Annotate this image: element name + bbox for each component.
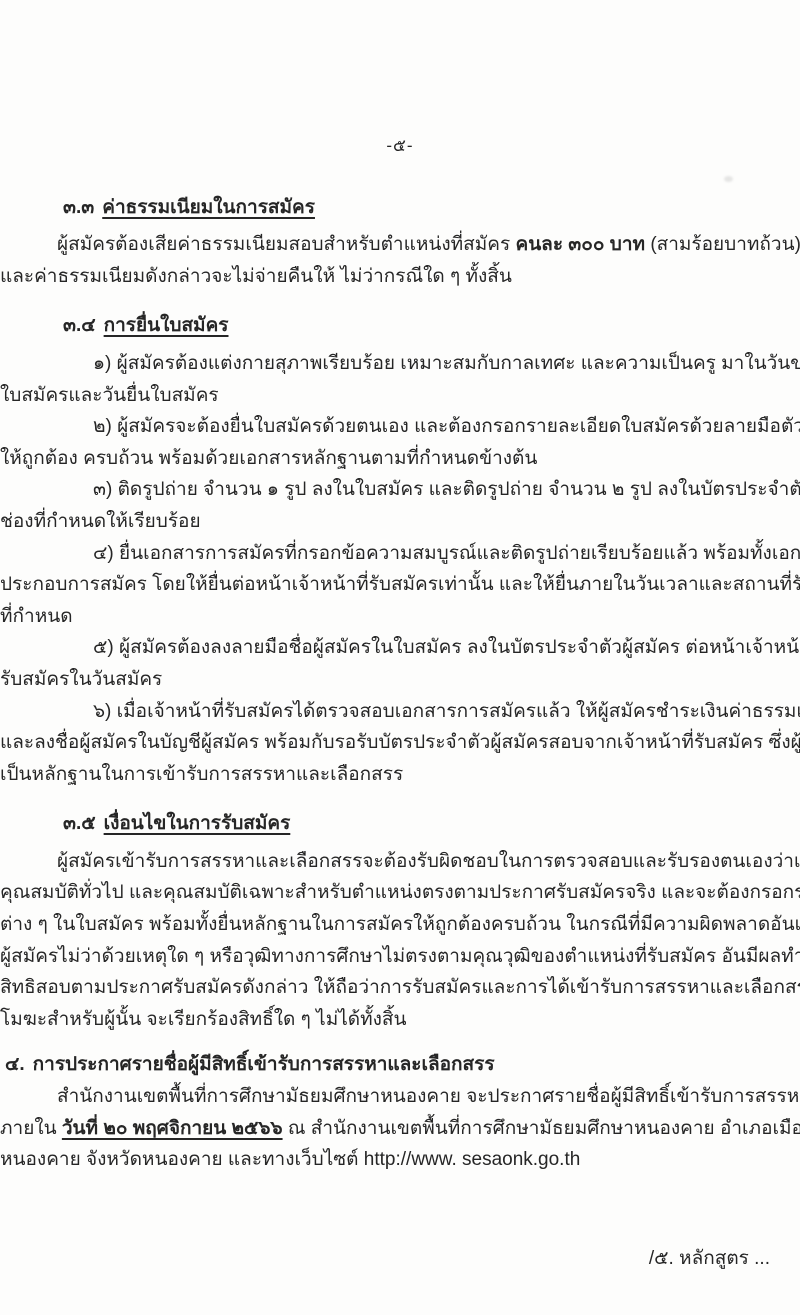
section-3-4-heading: ๓.๔การยื่นใบสมัคร (63, 310, 800, 342)
section-3-4-title: การยื่นใบสมัคร (104, 315, 229, 336)
fee-paragraph-line-2: และค่าธรรมเนียมดังกล่าวจะไม่จ่ายคืนให้ ไ… (0, 261, 800, 293)
page-continuation-note: /๕. หลักสูตร ... (649, 1243, 770, 1275)
conditions-line-3: ต่าง ๆ ในใบสมัคร พร้อมทั้งยื่นหลักฐานในก… (0, 909, 800, 941)
fee-text-pre: ผู้สมัครต้องเสียค่าธรรมเนียมสอบสำหรับตำแ… (57, 234, 510, 255)
fee-paragraph-line-1: ผู้สมัครต้องเสียค่าธรรมเนียมสอบสำหรับตำแ… (57, 229, 800, 261)
page-number: -๕- (0, 130, 800, 162)
section-3-5-heading: ๓.๕เงื่อนไขในการรับสมัคร (63, 808, 800, 840)
conditions-line-1: ผู้สมัครเข้ารับการสรรหาและเลือกสรรจะต้อง… (57, 846, 800, 878)
announcement-pre: ภายใน (0, 1118, 57, 1139)
section-4-heading: ๔.การประกาศรายชื่อผู้มีสิทธิ์เข้ารับการส… (5, 1049, 800, 1081)
section-3-3-number: ๓.๓ (63, 197, 94, 218)
item-6-line-2: และลงชื่อผู้สมัครในบัญชีผู้สมัคร พร้อมกั… (0, 727, 800, 759)
page-number-text: -๕- (386, 136, 413, 155)
fee-amount: คนละ ๓๐๐ บาท (515, 234, 645, 255)
section-3-4-number: ๓.๔ (63, 315, 96, 336)
item-5-line-2: รับสมัครในวันสมัคร (0, 664, 800, 696)
conditions-line-6: โมฆะสำหรับผู้นั้น จะเรียกร้องสิทธิ์ใด ๆ … (0, 1004, 800, 1036)
item-1-line-2: ใบสมัครและวันยื่นใบสมัคร (0, 380, 800, 412)
announcement-line-2: ภายใน วันที่ ๒๐ พฤศจิกายน ๒๕๖๖ ณ สำนักงา… (0, 1113, 800, 1145)
announcement-location: หนองคาย จังหวัดหนองคาย และทางเว็บไซต์ (0, 1149, 359, 1170)
announcement-post: ณ สำนักงานเขตพื้นที่การศึกษามัธยมศึกษาหน… (288, 1118, 800, 1139)
section-3-5-title: เงื่อนไขในการรับสมัคร (104, 813, 291, 834)
scan-artifact (724, 176, 733, 182)
section-3-3-heading: ๓.๓ค่าธรรมเนียมในการสมัคร (63, 192, 800, 224)
item-1-line-1: ๑) ผู้สมัครต้องแต่งกายสุภาพเรียบร้อย เหม… (93, 348, 800, 380)
announcement-line-1: สำนักงานเขตพื้นที่การศึกษามัธยมศึกษาหนอง… (57, 1081, 800, 1113)
item-4-line-2: ประกอบการสมัคร โดยให้ยื่นต่อหน้าเจ้าหน้า… (0, 569, 800, 601)
item-4-line-3: ที่กำหนด (0, 601, 800, 633)
section-4-number: ๔. (5, 1054, 25, 1075)
section-3-3-title: ค่าธรรมเนียมในการสมัคร (102, 197, 315, 218)
announcement-line-3: หนองคาย จังหวัดหนองคาย และทางเว็บไซต์ ht… (0, 1144, 800, 1176)
item-3-line-1: ๓) ติดรูปถ่าย จำนวน ๑ รูป ลงในใบสมัคร แล… (93, 474, 800, 506)
item-2-line-1: ๒) ผู้สมัครจะต้องยื่นใบสมัครด้วยตนเอง แล… (93, 411, 800, 443)
item-3-line-2: ช่องที่กำหนดให้เรียบร้อย (0, 506, 800, 538)
conditions-line-2: คุณสมบัติทั่วไป และคุณสมบัติเฉพาะสำหรับต… (0, 877, 800, 909)
item-2-line-2: ให้ถูกต้อง ครบถ้วน พร้อมด้วยเอกสารหลักฐา… (0, 443, 800, 475)
item-4-line-1: ๔) ยื่นเอกสารการสมัครที่กรอกข้อความสมบูร… (93, 538, 800, 570)
document-page: -๕- ๓.๓ค่าธรรมเนียมในการสมัคร ผู้สมัครต้… (0, 0, 800, 1315)
conditions-line-4: ผู้สมัครไม่ว่าด้วยเหตุใด ๆ หรือวุฒิทางกา… (0, 941, 800, 973)
website-url: http://www. sesaonk.go.th (364, 1149, 581, 1170)
item-6-line-3: เป็นหลักฐานในการเข้ารับการสรรหาและเลือกส… (0, 759, 800, 791)
announcement-date: วันที่ ๒๐ พฤศจิกายน ๒๕๖๖ (62, 1118, 283, 1139)
section-4-title: การประกาศรายชื่อผู้มีสิทธิ์เข้ารับการสรร… (33, 1054, 495, 1075)
item-6-line-1: ๖) เมื่อเจ้าหน้าที่รับสมัครได้ตรวจสอบเอก… (93, 696, 800, 728)
fee-text-post: (สามร้อยบาทถ้วน) (650, 234, 800, 255)
item-5-line-1: ๕) ผู้สมัครต้องลงลายมือชื่อผู้สมัครในใบส… (93, 632, 800, 664)
section-3-5-number: ๓.๕ (63, 813, 96, 834)
conditions-line-5: สิทธิสอบตามประกาศรับสมัครดังกล่าว ให้ถือ… (0, 972, 800, 1004)
